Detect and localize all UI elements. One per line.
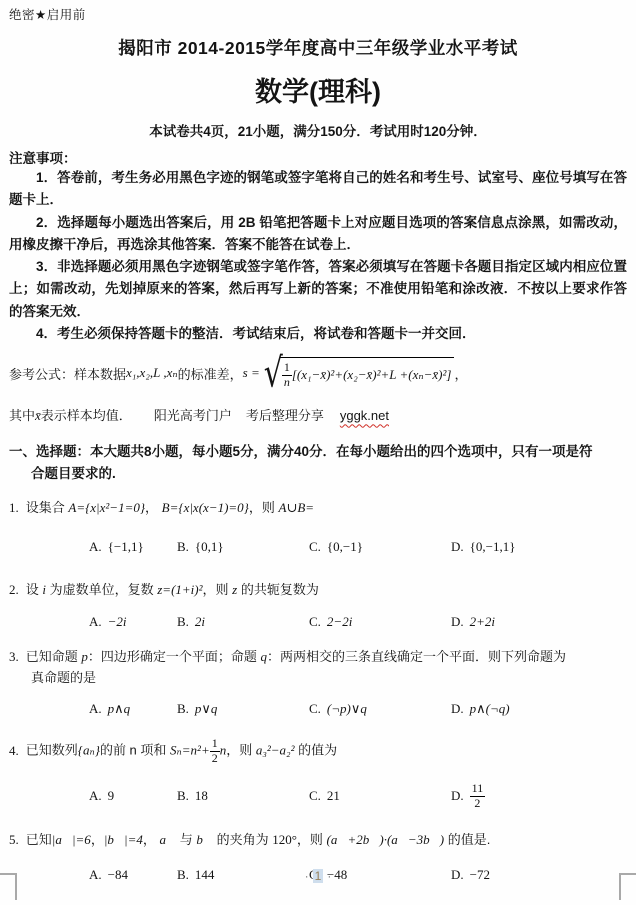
formula-intro-text: 参考公式：样本数据 — [9, 364, 126, 383]
question-3-options: A.p∧q B.p∨q C.(¬p)∨q D.p∧(¬q) — [89, 701, 627, 717]
classification-banner: 绝密★启用前 — [9, 5, 627, 23]
promo-link[interactable]: yggk.net — [340, 408, 389, 423]
sqrt-expression: √1n[(x₁−x̄)²+(x₂−x̄)²+L +(xₙ−x̄)²] — [264, 357, 455, 389]
formula-tail: ， — [454, 364, 467, 383]
promo-site-name: 阳光高考门户 — [154, 408, 232, 423]
question-4-options: A.9 B.18 C.21 D.112 — [89, 782, 627, 810]
q3-option-b: B.p∨q — [177, 701, 309, 717]
fraction-1-over-n: 1n — [282, 361, 292, 389]
footer-dot-left: · — [305, 869, 309, 883]
question-4: 4.已知数列{aₙ}的前 n 项和 Sₙ=n²+12n，则 a₃²−a₂² 的值… — [9, 737, 627, 810]
q1-option-b: B.{0,1} — [177, 539, 309, 555]
q3-option-c: C.(¬p)∨q — [309, 701, 451, 717]
mean-note-post: 表示样本均值． — [41, 408, 132, 423]
question-3: 3.已知命题 p：四边形确定一个平面；命题 q：两两相交的三条直线确定一个平面．… — [9, 646, 627, 717]
formula-intro-math: x₁,x₂,L ,xₙ — [126, 365, 178, 381]
exam-info-line: 本试卷共4页，21小题，满分150分．考试用时120分钟． — [9, 120, 627, 140]
radicand-sum: [(x₁−x̄)²+(x₂−x̄)²+L +(xₙ−x̄)²] — [292, 367, 452, 383]
notice-item-3: 3．非选择题必须用黑色字迹钢笔或签字笔作答，答案必须填写在答题卡各题目指定区域内… — [9, 256, 627, 323]
q1-option-d: D.{0,−1,1} — [451, 539, 627, 555]
q3-option-d: D.p∧(¬q) — [451, 701, 627, 717]
q4-option-a: A.9 — [89, 788, 177, 804]
notice-item-4: 4．考生必须保持答题卡的整洁．考试结束后，将试卷和答题卡一并交回． — [9, 323, 627, 345]
fraction-1-over-2: 12 — [210, 737, 220, 765]
page-footer: ·1· — [0, 869, 636, 883]
question-5-stem: 5.已知|a⃗|=6，|b⃗|=4， a⃗ 与 b⃗ 的夹角为 120°，则 (… — [9, 829, 627, 850]
notice-heading: 注意事项： — [9, 147, 627, 167]
exam-paper-page: 绝密★启用前 揭阳市 2014-2015学年度高中三年级学业水平考试 数学(理科… — [0, 0, 636, 905]
exam-title: 揭阳市 2014-2015学年度高中三年级学业水平考试 — [9, 35, 627, 60]
footer-crop-mark-left — [0, 873, 17, 900]
question-4-stem: 4.已知数列{aₙ}的前 n 项和 Sₙ=n²+12n，则 a₃²−a₂² 的值… — [9, 737, 627, 765]
q4-option-c: C.21 — [309, 788, 451, 804]
mean-note-pre: 其中 — [9, 408, 35, 423]
q1-option-c: C.{0,−1} — [309, 539, 451, 555]
question-1-stem: 1.设集合 A={x|x²−1=0}， B={x|x(x−1)=0}，则 A∪B… — [9, 497, 627, 518]
q2-option-b: B.2i — [177, 614, 309, 630]
question-2-stem: 2.设 i 为虚数单位，复数 z=(1+i)²，则 z 的共轭复数为 — [9, 579, 627, 600]
radical-sign-icon: √ — [264, 355, 283, 391]
radicand: 1n[(x₁−x̄)²+(x₂−x̄)²+L +(xₙ−x̄)²] — [280, 357, 455, 389]
formula-intro-text2: 的标准差， — [178, 364, 243, 383]
notice-item-1: 1．答卷前，考生务必用黑色字迹的钢笔或签字笔将自己的姓名和考生号、试室号、座位号… — [9, 167, 627, 212]
q2-option-d: D.2+2i — [451, 614, 627, 630]
section-heading-line1: 一、选择题：本大题共8小题，每小题5分，满分40分．在每小题给出的四个选项中，只… — [9, 441, 627, 463]
q1-option-a: A.{−1,1} — [89, 539, 177, 555]
formula-lhs: s = — [243, 365, 260, 381]
fraction-11-over-2: 112 — [470, 782, 486, 810]
question-1-options: A.{−1,1} B.{0,1} C.{0,−1} D.{0,−1,1} — [89, 539, 627, 555]
question-2: 2.设 i 为虚数单位，复数 z=(1+i)²，则 z 的共轭复数为 A.−2i… — [9, 579, 627, 630]
mean-note-line: 其中x̄表示样本均值．阳光高考门户考后整理分享yggk.net — [9, 405, 627, 424]
question-2-options: A.−2i B.2i C.2−2i D.2+2i — [89, 614, 627, 630]
reference-formula: 参考公式：样本数据 x₁,x₂,L ,xₙ 的标准差，s =√1n[(x₁−x̄… — [9, 357, 627, 389]
q3-option-a: A.p∧q — [89, 701, 177, 717]
notice-section: 注意事项： 1．答卷前，考生务必用黑色字迹的钢笔或签字笔将自己的姓名和考生号、试… — [9, 147, 627, 345]
section-1-heading: 一、选择题：本大题共8小题，每小题5分，满分40分．在每小题给出的四个选项中，只… — [9, 441, 627, 484]
q2-option-c: C.2−2i — [309, 614, 451, 630]
question-3-stem-line2: 真命题的是 — [9, 667, 627, 688]
footer-dot-right: · — [327, 869, 331, 883]
q2-option-a: A.−2i — [89, 614, 177, 630]
page-number: 1 — [313, 869, 324, 883]
question-3-stem-line1: 3.已知命题 p：四边形确定一个平面；命题 q：两两相交的三条直线确定一个平面．… — [9, 646, 627, 667]
section-heading-line2: 合题目要求的. — [9, 463, 627, 485]
promo-tagline: 考后整理分享 — [246, 408, 324, 423]
notice-item-2: 2．选择题每小题选出答案后，用 2B 铅笔把答题卡上对应题目选项的答案信息点涂黑… — [9, 212, 627, 257]
page-content: 绝密★启用前 揭阳市 2014-2015学年度高中三年级学业水平考试 数学(理科… — [0, 0, 636, 883]
q4-option-d: D.112 — [451, 782, 627, 810]
q4-option-b: B.18 — [177, 788, 309, 804]
question-1: 1.设集合 A={x|x²−1=0}， B={x|x(x−1)=0}，则 A∪B… — [9, 497, 627, 555]
subject-title: 数学(理科) — [9, 70, 627, 109]
footer-crop-mark-right — [619, 873, 636, 900]
